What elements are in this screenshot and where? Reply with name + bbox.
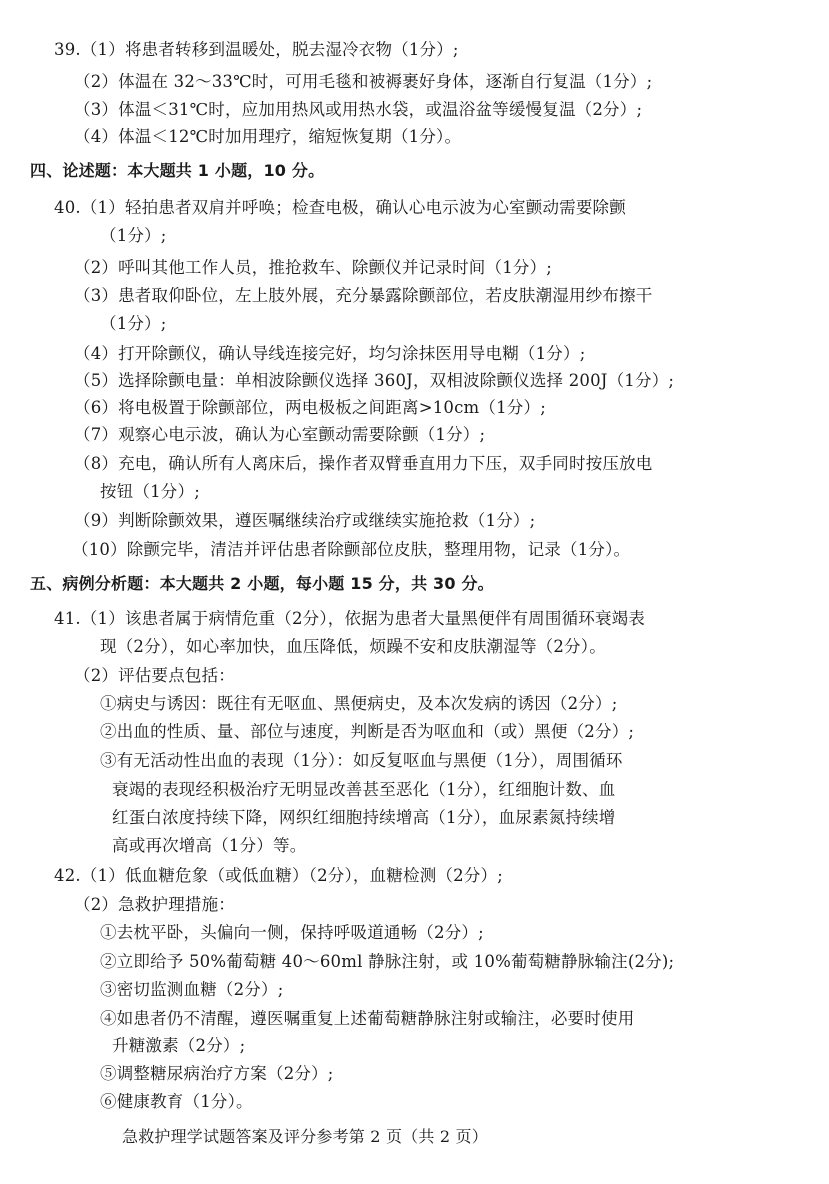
- q40-line-10: （8）充电，确认所有人离床后，操作者双臂垂直用力下压，双手同时按压放电: [74, 454, 653, 474]
- q40-line-13: （10）除颤完毕，清洁并评估患者除颤部位皮肤，整理用物，记录（1分）。: [72, 540, 630, 560]
- q39-line-1: 39.（1）将患者转移到温暖处，脱去湿冷衣物（1分）;: [54, 40, 459, 60]
- q40-line-6: （4）打开除颤仪，确认导线连接完好，均匀涂抹医用导电糊（1分）;: [74, 344, 585, 364]
- q41-line-1: 41.（1）该患者属于病情危重（2分），依据为患者大量黑便伴有周围循环衰竭表: [54, 609, 645, 629]
- q40-line-2: （1分）;: [100, 226, 167, 246]
- section-4-heading: 四、论述题：本大题共 1 小题，10 分。: [30, 161, 324, 181]
- q42-line-2: （2）急救护理措施：: [74, 895, 235, 915]
- q40-line-5: （1分）;: [100, 314, 167, 334]
- q40-line-8: （6）将电极置于除颤部位，两电极板之间距离>10cm（1分）;: [74, 398, 546, 418]
- q39-line-4: （4）体温＜12℃时加用理疗，缩短恢复期（1分）。: [74, 127, 461, 147]
- q41-line-2: 现（2分），如心率加快，血压降低，烦躁不安和皮肤潮湿等（2分）。: [100, 637, 606, 657]
- q40-line-4: （3）患者取仰卧位，左上肢外展，充分暴露除颤部位，若皮肤潮湿用纱布擦干: [74, 286, 653, 306]
- q41-line-3: （2）评估要点包括：: [74, 666, 235, 686]
- q41-line-7: 衰竭的表现经积极治疗无明显改善甚至恶化（1分），红细胞计数、血: [112, 780, 615, 800]
- q42-line-8: ⑤调整糖尿病治疗方案（2分）;: [100, 1064, 334, 1084]
- q42-line-7: 升糖激素（2分）;: [112, 1036, 245, 1056]
- q39-line-2: （2）体温在 32～33℃时，可用毛毯和被褥裹好身体，逐渐自行复温（1分）;: [74, 72, 652, 92]
- q41-line-8: 红蛋白浓度持续下降，网织红细胞持续增高（1分），血尿素氮持续增: [112, 808, 615, 828]
- q41-line-6: ③有无活动性出血的表现（1分）：如反复呕血与黑便（1分），周围循环: [100, 751, 623, 771]
- q42-line-6: ④如患者仍不清醒，遵医嘱重复上述葡萄糖静脉注射或输注，必要时使用: [100, 1009, 634, 1029]
- q39-line-3: （3）体温＜31℃时，应加用热风或用热水袋，或温浴盆等缓慢复温（2分）;: [74, 100, 642, 120]
- q42-line-3: ①去枕平卧，头偏向一侧，保持呼吸道通畅（2分）;: [100, 923, 484, 943]
- q41-line-9: 高或再次增高（1分）等。: [112, 836, 306, 856]
- q40-line-11: 按钮（1分）;: [100, 482, 200, 502]
- section-5-heading: 五、病例分析题：本大题共 2 小题，每小题 15 分，共 30 分。: [30, 574, 494, 594]
- q42-line-9: ⑥健康教育（1分）。: [100, 1092, 253, 1112]
- q40-line-9: （7）观察心电示波，确认为心室颤动需要除颤（1分）;: [74, 425, 485, 445]
- q40-line-1: 40.（1）轻拍患者双肩并呼唤；检查电极，确认心电示波为心室颤动需要除颤: [54, 198, 626, 218]
- q40-line-3: （2）呼叫其他工作人员，推抢救车、除颤仪并记录时间（1分）;: [74, 258, 552, 278]
- page-footer: 急救护理学试题答案及评分参考第 2 页（共 2 页）: [122, 1127, 488, 1147]
- q40-line-12: （9）判断除颤效果，遵医嘱继续治疗或继续实施抢救（1分）;: [74, 511, 535, 531]
- q41-line-4: ①病史与诱因：既往有无呕血、黑便病史，及本次发病的诱因（2分）;: [100, 694, 617, 714]
- q41-line-5: ②出血的性质、量、部位与速度，判断是否为呕血和（或）黑便（2分）;: [100, 722, 634, 742]
- q42-line-1: 42.（1）低血糖危象（或低血糖）（2分），血糖检测（2分）;: [54, 866, 503, 886]
- q42-line-4: ②立即给予 50%葡萄糖 40～60ml 静脉注射，或 10%葡萄糖静脉输注(2…: [100, 952, 674, 972]
- q40-line-7: （5）选择除颤电量：单相波除颤仪选择 360J，双相波除颤仪选择 200J（1分…: [74, 371, 674, 391]
- q42-line-5: ③密切监测血糖（2分）;: [100, 980, 283, 1000]
